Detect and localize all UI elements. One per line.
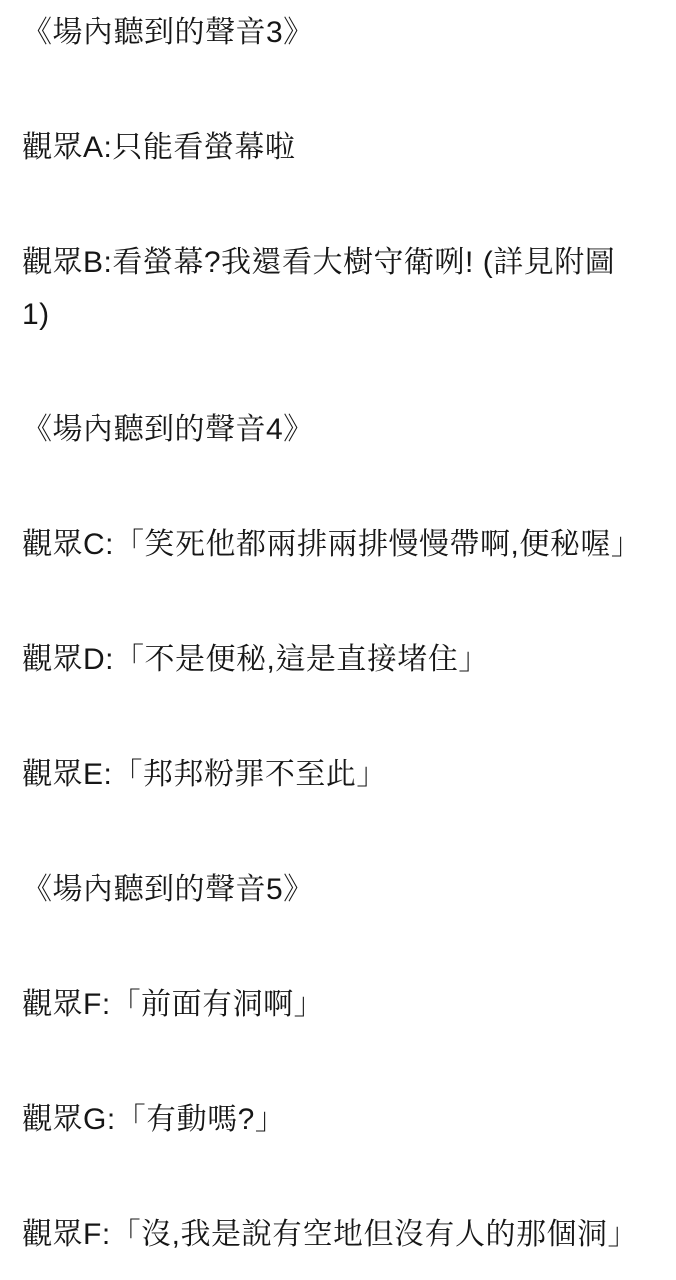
dialogue-audience-d: 觀眾D:「不是便秘,這是直接堵住」	[22, 634, 662, 686]
dialogue-audience-e: 觀眾E:「邦邦粉罪不至此」	[22, 749, 662, 801]
dialogue-audience-b-line-1: 觀眾B:看螢幕?我還看大樹守衛咧! (詳見附圖	[22, 237, 662, 289]
dialogue-audience-g: 觀眾G:「有動嗎?」	[22, 1094, 662, 1146]
dialogue-audience-b-line-2: 1)	[22, 289, 662, 341]
section-heading-sounds-5: 《場內聽到的聲音5》	[22, 864, 662, 916]
dialogue-audience-a: 觀眾A:只能看螢幕啦	[22, 122, 662, 174]
dialogue-audience-f-2: 觀眾F:「沒,我是說有空地但沒有人的那個洞」	[22, 1209, 662, 1261]
dialogue-audience-c: 觀眾C:「笑死他都兩排兩排慢慢帶啊,便秘喔」	[22, 519, 662, 571]
section-heading-sounds-3: 《場內聽到的聲音3》	[22, 7, 662, 59]
dialogue-audience-b: 觀眾B:看螢幕?我還看大樹守衛咧! (詳見附圖 1)	[22, 237, 662, 341]
text-page: 《場內聽到的聲音3》 觀眾A:只能看螢幕啦 觀眾B:看螢幕?我還看大樹守衛咧! …	[0, 0, 676, 1261]
section-heading-sounds-4: 《場內聽到的聲音4》	[22, 404, 662, 456]
dialogue-audience-f-1: 觀眾F:「前面有洞啊」	[22, 979, 662, 1031]
